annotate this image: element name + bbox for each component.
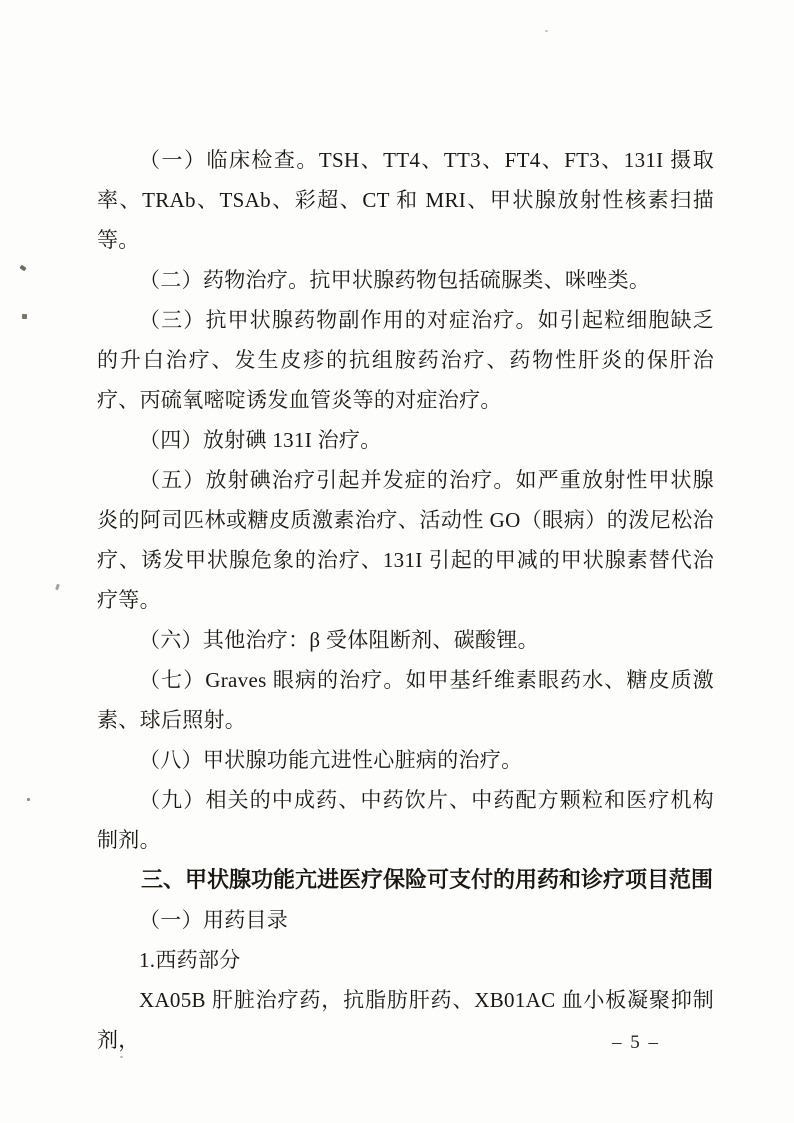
- paragraph-6: （六）其他治疗：β 受体阻断剂、碳酸锂。: [97, 620, 714, 660]
- section-heading: 三、甲状腺功能亢进医疗保险可支付的用药和诊疗项目范围: [97, 860, 714, 900]
- scan-artifact: [19, 265, 26, 272]
- document-body: （一）临床检查。TSH、TT4、TT3、FT4、FT3、131I 摄取率、TRA…: [97, 140, 714, 1060]
- paragraph-12: 1.西药部分: [97, 940, 714, 980]
- paragraph-3: （三）抗甲状腺药物副作用的对症治疗。如引起粒细胞缺乏的升白治疗、发生皮疹的抗组胺…: [97, 300, 714, 420]
- scan-artifact: [27, 798, 30, 801]
- paragraph-11: （一）用药目录: [97, 900, 714, 940]
- paragraph-7: （七）Graves 眼病的治疗。如甲基纤维素眼药水、糖皮质激素、球后照射。: [97, 660, 714, 740]
- scan-artifact: [55, 584, 60, 591]
- page-number: – 5 –: [612, 1031, 682, 1055]
- paragraph-8: （八）甲状腺功能亢进性心脏病的治疗。: [97, 740, 714, 780]
- scan-artifact: [120, 1056, 123, 1058]
- scan-artifact: [545, 30, 548, 32]
- paragraph-9: （九）相关的中成药、中药饮片、中药配方颗粒和医疗机构制剂。: [97, 780, 714, 860]
- paragraph-2: （二）药物治疗。抗甲状腺药物包括硫脲类、咪唑类。: [97, 260, 714, 300]
- paragraph-1: （一）临床检查。TSH、TT4、TT3、FT4、FT3、131I 摄取率、TRA…: [97, 140, 714, 260]
- paragraph-4: （四）放射碘 131I 治疗。: [97, 420, 714, 460]
- scan-artifact: [22, 314, 27, 319]
- paragraph-5: （五）放射碘治疗引起并发症的治疗。如严重放射性甲状腺炎的阿司匹林或糖皮质激素治疗…: [97, 460, 714, 620]
- scanned-document-page: （一）临床检查。TSH、TT4、TT3、FT4、FT3、131I 摄取率、TRA…: [0, 0, 794, 1123]
